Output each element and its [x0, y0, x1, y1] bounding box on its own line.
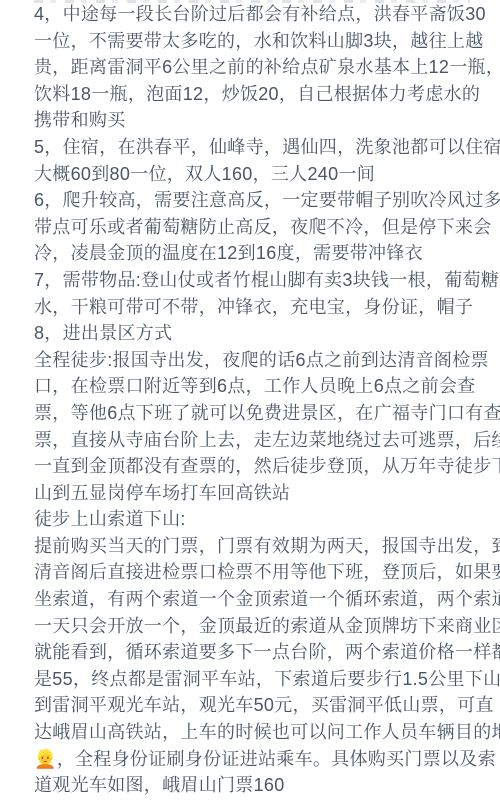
note-body-text: 4，中途每一段长台阶过后都会有补给点，洪春平斋饭30一位，不需要带太多吃的，水和… — [34, 1, 474, 799]
text-line: 清音阁后直接进检票口检票不用等他下班，登顶后，如果要 — [34, 559, 474, 586]
text-line: 一直到金顶都没有查票的，然后徒步登顶，从万年寺徒步下 — [34, 453, 474, 480]
text-line: 提前购买当天的门票，门票有效期为两天，报国寺出发，到 — [34, 533, 474, 560]
text-line: 👱，全程身份证刷身份证进站乘车。具体购买门票以及索 — [34, 746, 474, 773]
text-line: 大概60到80一位，双人160，三人240一间 — [34, 161, 474, 188]
text-line: 票，直接从寺庙台阶上去，走左边菜地绕过去可逃票，后续 — [34, 427, 474, 454]
text-line: 贵，距离雷洞平6公里之前的补给点矿泉水基本上12一瓶， — [34, 54, 474, 81]
text-line: 徒步上山索道下山: — [34, 506, 474, 533]
text-line: 达峨眉山高铁站，上车的时候也可以问工作人员车辆目的地 — [34, 719, 474, 746]
text-line: 一天只会开放一个，金顶最近的索道从金顶牌坊下来商业区 — [34, 613, 474, 640]
text-line: 带点可乐或者葡萄糖防止高反，夜爬不冷，但是停下来会 — [34, 214, 474, 241]
text-line: 6，爬升较高，需要注意高反，一定要带帽子别吹冷风过多， — [34, 187, 474, 214]
text-line: 7，需带物品:登山仗或者竹棍山脚有卖3块钱一根，葡萄糖， — [34, 267, 474, 294]
text-line: 口，在检票口附近等到6点，工作人员晚上6点之前会查 — [34, 373, 474, 400]
text-line: 全程徒步:报国寺出发，夜爬的话6点之前到达清音阁检票 — [34, 347, 474, 374]
text-line: 5，住宿，在洪春平，仙峰寺，遇仙四，洗象池都可以住宿， — [34, 134, 474, 161]
text-line: 山到五显岗停车场打车回高铁站 — [34, 480, 474, 507]
text-line: 到雷洞平观光车站，观光车50元，买雷洞平低山票，可直 — [34, 692, 474, 719]
note-page: 4，中途每一段长台阶过后都会有补给点，洪春平斋饭30一位，不需要带太多吃的，水和… — [0, 0, 500, 802]
text-line: 冷，凌晨金顶的温度在12到16度，需要带冲锋衣 — [34, 240, 474, 267]
text-line: 携带和购买 — [34, 107, 474, 134]
text-line: 饮料18一瓶，泡面12，炒饭20，自己根据体力考虑水的 — [34, 81, 474, 108]
text-line: 就能看到，循环索道要多下一点台阶，两个索道价格一样都 — [34, 639, 474, 666]
text-line: 道观光车如图，峨眉山门票160 — [34, 772, 474, 799]
text-line: 4，中途每一段长台阶过后都会有补给点，洪春平斋饭30 — [34, 1, 474, 28]
text-line: 一位，不需要带太多吃的，水和饮料山脚3块，越往上越 — [34, 28, 474, 55]
text-line: 票，等他6点下班了就可以免费进景区，在广福寺门口有查 — [34, 400, 474, 427]
text-line: 坐索道，有两个索道一个金顶索道一个循环索道，两个索道 — [34, 586, 474, 613]
text-line: 是55，终点都是雷洞平车站，下索道后要步行1.5公里下山 — [34, 666, 474, 693]
text-line: 水，干粮可带可不带，冲锋衣，充电宝，身份证，帽子 — [34, 294, 474, 321]
text-line: 8，进出景区方式 — [34, 320, 474, 347]
